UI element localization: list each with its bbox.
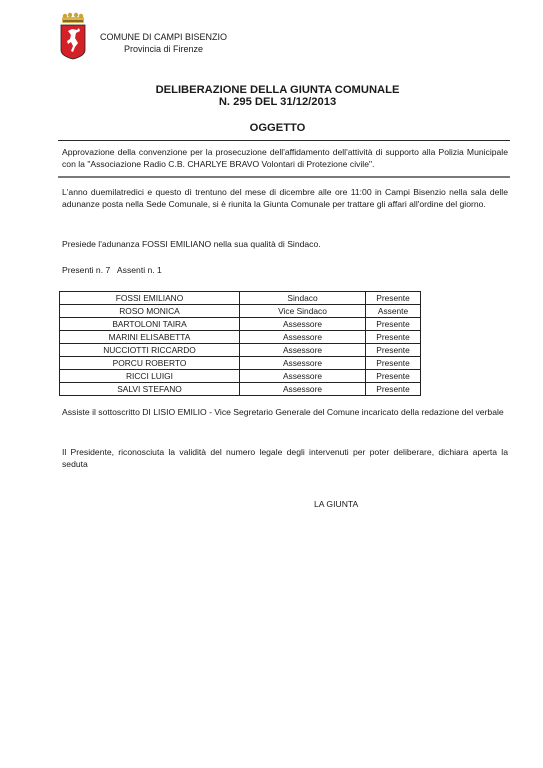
member-status: Assente: [366, 305, 421, 318]
meeting-intro: L'anno duemilatredici e questo dì trentu…: [62, 186, 508, 211]
member-name: ROSO MONICA: [60, 305, 240, 318]
member-name: SALVI STEFANO: [60, 383, 240, 396]
quorum-statement: Il Presidente, riconosciuta la validità …: [62, 446, 508, 471]
table-row: FOSSI EMILIANOSindacoPresente: [60, 292, 421, 305]
coat-of-arms-icon: [58, 12, 88, 60]
member-name: PORCU ROBERTO: [60, 357, 240, 370]
member-role: Assessore: [240, 318, 366, 331]
attendance-table: FOSSI EMILIANOSindacoPresenteROSO MONICA…: [59, 291, 421, 396]
member-name: FOSSI EMILIANO: [60, 292, 240, 305]
attendance-count: Presenti n. 7 Assenti n. 1: [62, 264, 508, 276]
member-name: MARINI ELISABETTA: [60, 331, 240, 344]
secretary-statement: Assiste il sottoscritto DI LISIO EMILIO …: [62, 406, 508, 418]
member-status: Presente: [366, 318, 421, 331]
member-role: Vice Sindaco: [240, 305, 366, 318]
table-row: BARTOLONI TAIRAAssessorePresente: [60, 318, 421, 331]
member-status: Presente: [366, 357, 421, 370]
subject-top-rule: [58, 140, 510, 141]
member-name: BARTOLONI TAIRA: [60, 318, 240, 331]
subject-bottom-rule: [58, 176, 510, 178]
table-row: ROSO MONICAVice SindacoAssente: [60, 305, 421, 318]
chair-statement: Presiede l'adunanza FOSSI EMILIANO nella…: [62, 238, 508, 250]
member-status: Presente: [366, 344, 421, 357]
subject-heading: OGGETTO: [6, 122, 543, 135]
table-row: MARINI ELISABETTAAssessorePresente: [60, 331, 421, 344]
municipality-name: COMUNE DI CAMPI BISENZIO: [100, 32, 227, 43]
signature-label: LA GIUNTA: [314, 499, 358, 509]
table-row: RICCI LUIGIAssessorePresente: [60, 370, 421, 383]
province-name: Provincia di Firenze: [124, 44, 203, 55]
member-status: Presente: [366, 383, 421, 396]
member-name: RICCI LUIGI: [60, 370, 240, 383]
table-row: PORCU ROBERTOAssessorePresente: [60, 357, 421, 370]
member-role: Assessore: [240, 383, 366, 396]
member-role: Assessore: [240, 331, 366, 344]
table-row: SALVI STEFANOAssessorePresente: [60, 383, 421, 396]
member-name: NUCCIOTTI RICCARDO: [60, 344, 240, 357]
member-status: Presente: [366, 331, 421, 344]
member-role: Assessore: [240, 370, 366, 383]
member-role: Sindaco: [240, 292, 366, 305]
member-role: Assessore: [240, 344, 366, 357]
subject-text: Approvazione della convenzione per la pr…: [62, 146, 508, 171]
member-status: Presente: [366, 292, 421, 305]
member-status: Presente: [366, 370, 421, 383]
table-row: NUCCIOTTI RICCARDOAssessorePresente: [60, 344, 421, 357]
deliberation-number: N. 295 DEL 31/12/2013: [6, 96, 543, 109]
member-role: Assessore: [240, 357, 366, 370]
